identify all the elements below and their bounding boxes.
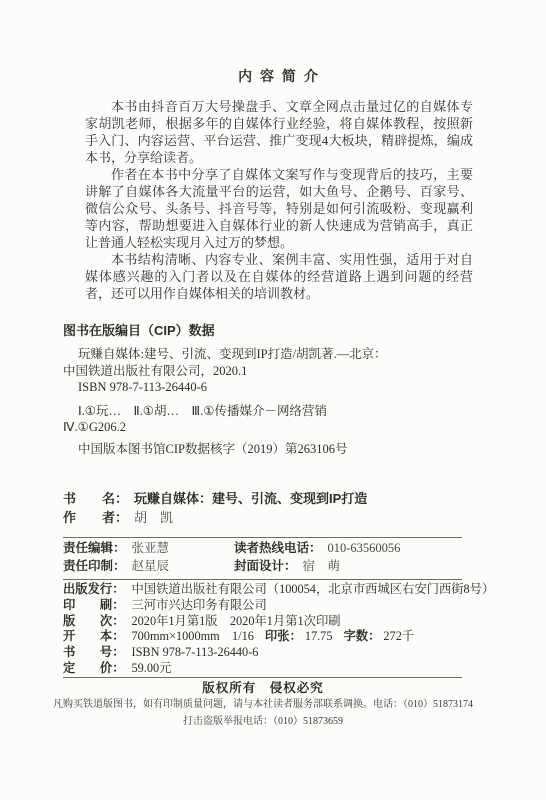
cip-isbn-line: ISBN 978-7-113-26440-6 [63,379,465,396]
isbn-value: ISBN 978-7-113-26440-6 [132,645,259,659]
edition-label: 版 次： [63,614,125,628]
publishing-info-block: 出版发行：中国铁道出版社有限公司（100054，北京市西城区右安门西街8号） 印… [63,582,483,677]
summary-title: 内 容 简 介 [85,67,473,85]
publisher-label: 出版发行： [63,582,125,596]
content-summary-section: 内 容 简 介 本书由抖音百万大号操盘手、文章全网点击量过亿的自媒体专家胡凯老师… [85,67,473,302]
divider-line-3 [63,677,462,678]
staff-right-column: 读者热线电话：010-63560056 封面设计：宿 萌 [234,540,462,575]
staff-left-column: 责任编辑：张亚慧 责任印制：赵星辰 [63,540,234,575]
sheet-count-value: 17.75 [305,629,333,643]
cip-title-line: 玩赚自媒体:建号、引流、变现到IP打造/胡凯著.—北京： [63,346,465,363]
sheet-count-label: 印张： [265,629,302,643]
word-count-label: 字数： [343,629,380,643]
format-value: 700mm×1000mm 1/16 [132,629,254,643]
print-supervisor-value: 赵星辰 [132,559,170,573]
print-supervisor-row: 责任印制：赵星辰 [63,558,234,576]
hotline-label: 读者热线电话： [234,541,322,555]
cip-classification-line-1: Ⅰ.①玩… Ⅱ.①胡… Ⅲ.①传播媒介－网络营销 [63,403,465,420]
editor-label: 责任编辑： [63,541,126,555]
copyright-notice: 版权所有 侵权必究 [43,680,483,696]
summary-paragraph-2: 作者在本书中分享了自媒体文案写作与变现背后的技巧，主要讲解了自媒体各大流量平台的… [85,166,473,251]
printing-house-row: 印 刷：三河市兴达印务有限公司 [63,598,483,614]
summary-paragraph-3: 本书结构清晰、内容专业、案例丰富、实用性强，适用于对自媒体感兴趣的入门者以及在自… [85,251,473,302]
price-value: 59.00元 [132,661,172,675]
format-label: 开 本： [63,629,125,643]
cover-designer-value: 宿 萌 [303,559,341,573]
book-title-value: 玩赚自媒体：建号、引流、变现到IP打造 [134,491,367,506]
word-count-value: 272千 [383,629,414,643]
book-title-block: 书 名：玩赚自媒体：建号、引流、变现到IP打造 作 者：胡 凯 [63,489,465,527]
edition-value: 2020年1月第1版 2020年1月第1次印刷 [132,614,341,628]
book-author-label: 作 者： [63,510,128,525]
staff-credits-block: 责任编辑：张亚慧 责任印制：赵星辰 读者热线电话：010-63560056 封面… [63,540,462,575]
book-title-row: 书 名：玩赚自媒体：建号、引流、变现到IP打造 [63,489,465,508]
cip-data-section: 图书在版编目（CIP）数据 玩赚自媒体:建号、引流、变现到IP打造/胡凯著.—北… [63,322,465,457]
book-author-value: 胡 凯 [134,510,173,525]
publisher-value: 中国铁道出版社有限公司（100054，北京市西城区右安门西街8号） [132,582,495,596]
cover-designer-row: 封面设计：宿 萌 [234,558,462,576]
cover-designer-label: 封面设计： [234,559,297,573]
quality-hotline-line: 凡购买铁道版图书，如有印制质量问题，请与本社读者服务部联系调换。电话：（010）… [43,696,483,713]
isbn-label: 书 号： [63,645,125,659]
copyright-notice-block: 版权所有 侵权必究 凡购买铁道版图书，如有印制质量问题，请与本社读者服务部联系调… [43,680,483,730]
printing-house-value: 三河市兴达印务有限公司 [132,598,267,612]
editor-value: 张亚慧 [132,541,170,555]
book-copyright-page: 内 容 简 介 本书由抖音百万大号操盘手、文章全网点击量过亿的自媒体专家胡凯老师… [0,0,546,800]
edition-row: 版 次：2020年1月第1版 2020年1月第1次印刷 [63,614,483,630]
format-row: 开 本：700mm×1000mm 1/16印张：17.75字数：272千 [63,629,483,645]
price-row: 定 价：59.00元 [63,661,483,677]
divider-line-2 [63,579,462,580]
printing-house-label: 印 刷： [63,598,125,612]
anti-piracy-hotline-line: 打击盗版举报电话：（010）51873659 [43,713,483,730]
print-supervisor-label: 责任印制： [63,559,126,573]
publisher-row: 出版发行：中国铁道出版社有限公司（100054，北京市西城区右安门西街8号） [63,582,483,598]
summary-paragraph-1: 本书由抖音百万大号操盘手、文章全网点击量过亿的自媒体专家胡凯老师，根据多年的自媒… [85,98,473,166]
isbn-row: 书 号：ISBN 978-7-113-26440-6 [63,645,483,661]
editor-row: 责任编辑：张亚慧 [63,540,234,558]
divider-line-1 [63,537,462,538]
cip-header: 图书在版编目（CIP）数据 [63,322,465,340]
book-author-row: 作 者：胡 凯 [63,508,465,527]
cip-classification-line-2: Ⅳ.①G206.2 [63,419,465,436]
book-title-label: 书 名： [63,491,128,506]
cip-record-number: 中国版本图书馆CIP数据核字（2019）第263106号 [63,441,465,458]
cip-publisher-line: 中国铁道出版社有限公司，2020.1 [63,363,465,380]
hotline-value: 010-63560056 [328,541,401,555]
price-label: 定 价： [63,661,125,675]
hotline-row: 读者热线电话：010-63560056 [234,540,462,558]
